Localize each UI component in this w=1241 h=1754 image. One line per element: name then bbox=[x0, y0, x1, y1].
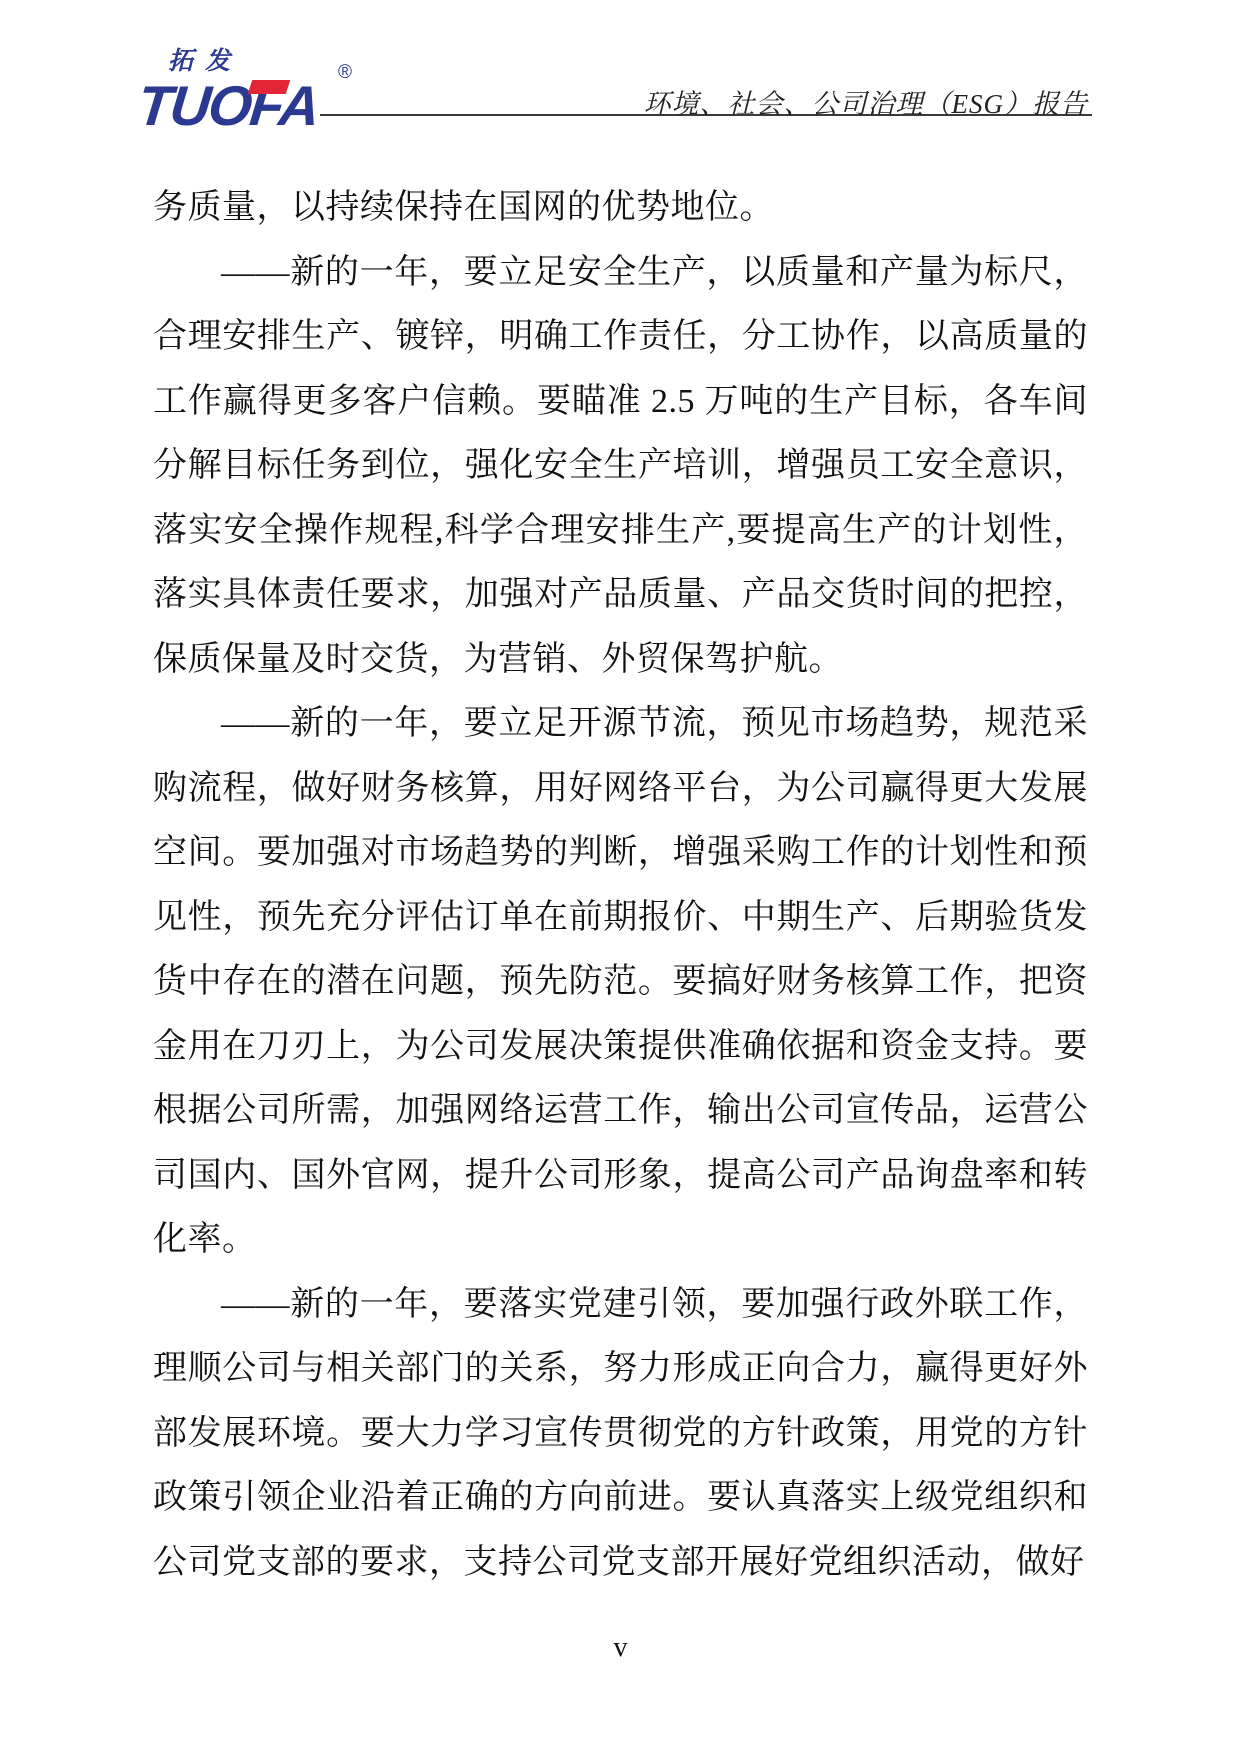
paragraph-continuation: 务质量，以持续保持在国网的优势地位。 bbox=[153, 176, 1088, 241]
paragraph-safety-production: ——新的一年，要立足安全生产，以质量和产量为标尺，合理安排生产、镀锌，明确工作责… bbox=[153, 241, 1088, 693]
registered-trademark-icon: ® bbox=[338, 62, 352, 84]
report-title: 环境、社会、公司治理（ESG）报告 bbox=[644, 82, 1089, 121]
logo-chinese-text: 拓发 bbox=[168, 48, 348, 76]
logo-latin-wrap: TUOFA ® bbox=[138, 76, 348, 140]
logo-latin-text: TUOFA bbox=[135, 76, 321, 136]
page-number: v bbox=[614, 1632, 628, 1664]
logo-red-accent bbox=[248, 80, 291, 94]
document-body: 务质量，以持续保持在国网的优势地位。 ——新的一年，要立足安全生产，以质量和产量… bbox=[153, 176, 1088, 1595]
document-page: 拓发 TUOFA ® 环境、社会、公司治理（ESG）报告 务质量，以持续保持在国… bbox=[0, 0, 1241, 1754]
paragraph-party-building: ——新的一年，要落实党建引领，要加强行政外联工作，理顺公司与相关部门的关系，努力… bbox=[153, 1273, 1088, 1596]
company-logo: 拓发 TUOFA ® bbox=[138, 48, 348, 144]
paragraph-finance-market: ——新的一年，要立足开源节流，预见市场趋势，规范采购流程，做好财务核算，用好网络… bbox=[153, 692, 1088, 1273]
